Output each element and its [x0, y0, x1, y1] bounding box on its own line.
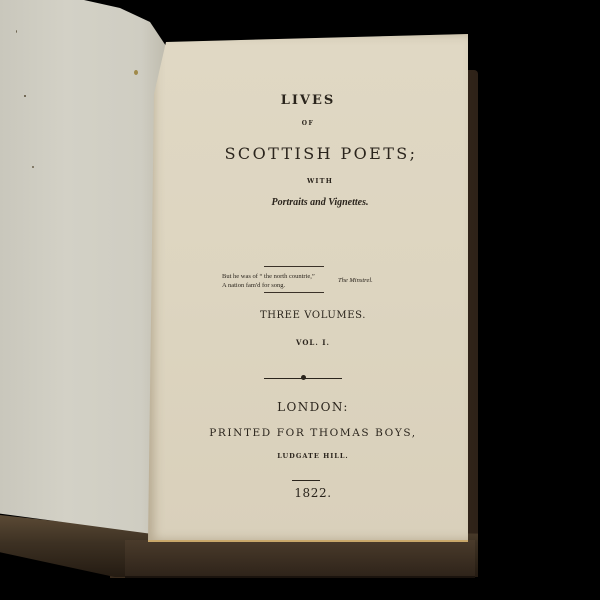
book-photo-scene: LIVES OF SCOTTISH POETS; WITH Portraits … — [0, 0, 600, 600]
epigraph-attribution: The Minstrel. — [338, 277, 373, 284]
title-page: LIVES OF SCOTTISH POETS; WITH Portraits … — [148, 34, 468, 542]
paper-foxing-spot — [32, 166, 34, 168]
title-page-text: LIVES OF SCOTTISH POETS; WITH Portraits … — [148, 34, 468, 540]
epigraph-bottom-rule — [264, 292, 324, 293]
title-line-with: WITH — [148, 177, 468, 185]
epigraph-top-rule — [264, 266, 324, 267]
title-line-scottish-poets: SCOTTISH POETS; — [148, 144, 468, 163]
epigraph-line-1: But he was of “ the north countrie,” — [222, 272, 315, 281]
year-rule — [292, 480, 320, 481]
flyleaf-page — [0, 0, 166, 535]
imprint-year: 1822. — [148, 486, 468, 500]
volume-number: VOL. I. — [148, 338, 468, 347]
ornamental-rule — [264, 375, 342, 381]
book-text-block-edge — [125, 540, 475, 578]
imprint-printer: PRINTED FOR THOMAS BOYS, — [148, 427, 468, 439]
imprint-address: LUDGATE HILL. — [148, 452, 468, 460]
epigraph-line-2: A nation fam'd for song. — [222, 281, 315, 290]
title-line-of: OF — [148, 120, 468, 127]
volumes-line: THREE VOLUMES. — [148, 310, 468, 321]
paper-foxing-spot — [134, 70, 138, 75]
paper-foxing-spot — [16, 30, 17, 33]
ornament-dot-icon — [301, 375, 306, 380]
paper-foxing-spot — [24, 95, 26, 97]
title-line-lives: LIVES — [148, 93, 468, 108]
imprint-city: LONDON: — [148, 400, 468, 414]
epigraph: But he was of “ the north countrie,” A n… — [222, 272, 315, 290]
title-line-portraits: Portraits and Vignettes. — [148, 197, 468, 208]
